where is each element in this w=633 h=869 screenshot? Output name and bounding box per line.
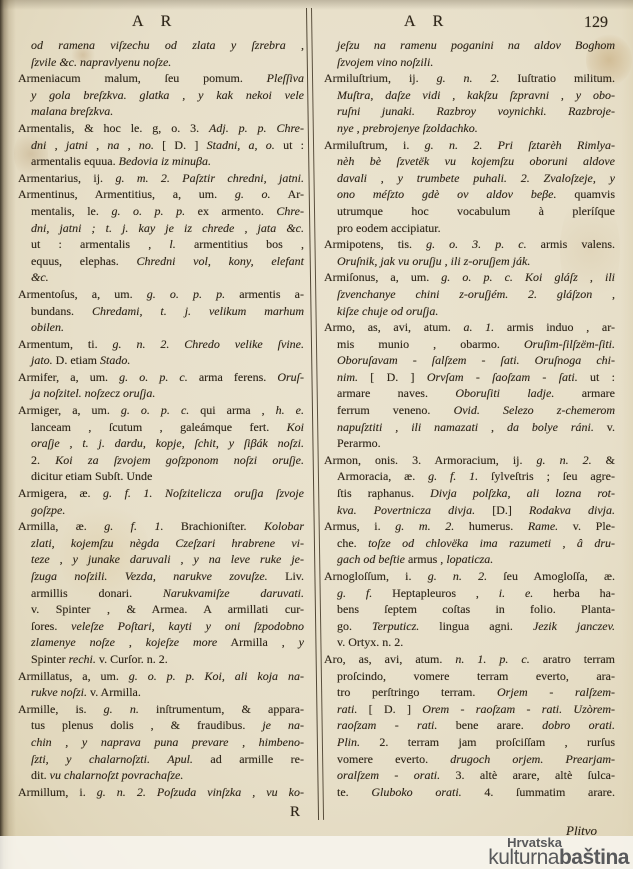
text-line: pro eodem accipiatur. [324,220,615,237]
watermark-line2-regular: kulturna [488,846,559,869]
dictionary-entry: Arnogloſſum, i. g. n. 2. ſeu Amogloſſa, … [324,568,615,651]
text-line: tro perſtringo terram. Orjem - ralſzem- [324,684,615,701]
text-line: dni , jatni , na , no. [ D. ] Stadni, a,… [18,137,304,154]
text-line: armare naves. Oboruſiti ladje. armare [324,385,615,402]
text-line: jeſzu na ramenu poganini na aldov Boghom [324,37,615,54]
dictionary-entry: Armentinus, Armentitius, a, um. g. o. Ar… [18,186,304,286]
dictionary-entry: Armentarius, ij. g. m. 2. Paſztir chredn… [18,170,304,187]
text-line: Spinter rechi. v. Curſor. n. 2. [18,651,304,668]
column-divider-rule [306,8,324,820]
text-line: armentalis equua. Bedovia iz minuβa. [18,153,304,170]
watermark-logo: Hrvatska kulturnabaština [488,836,629,868]
text-line: teze , y junake daruvali , y na leve ruk… [18,551,304,568]
text-line: utrumque hoc vocabulum à pleríſque [324,203,615,220]
text-line: raoſzam - rati. bene arare. dobro orati. [324,717,615,734]
text-line: Muſtra, daſze vidi , kakſzu ſzpravni , y… [324,87,615,104]
dictionary-entry: Armiger, a, um. g. o. p. c. qui arma , h… [18,402,304,485]
page-number: 129 [584,14,608,32]
text-line: ferrum veneno. Ovid. Selezo z-chemerom [324,402,615,419]
text-line: equus, elephas. Chredni vol, kony, elefa… [18,253,304,270]
dictionary-entry: Aro, as, avi, atum. n. 1. p. c. aratro t… [324,651,615,800]
text-line: Armus, i. g. m. 2. humerus. Rame. v. Ple… [324,518,615,535]
text-line: dit. vu chalarnoſzt povrachaſze. [18,767,304,784]
text-line: vomere everto. drugoch orjem. Prearjam- [324,751,615,768]
dictionary-entry: Armilla, æ. g. f. 1. Brachioniſter. Kolo… [18,518,304,667]
text-line: Armifer, a, um. g. o. p. c. arma ferens.… [18,369,304,386]
dictionary-entry: Armus, i. g. m. 2. humerus. Rame. v. Ple… [324,518,615,568]
text-line: nim. [ D. ] Orvſam - ſaoſzam - ſati. ut … [324,369,615,386]
text-line: Armentoſus, a, um. g. o. p. p. armentis … [18,286,304,303]
dictionary-entry: Armentoſus, a, um. g. o. p. p. armentis … [18,286,304,336]
text-line: kiſze chuje od oruſja. [324,303,615,320]
text-line: v. Spinter , & Armea. A armillati cur- [18,601,304,618]
text-line: ſzvojem vino noſzili. [324,54,615,71]
text-line: obilen. [18,319,304,336]
text-line: Armeniacum malum, ſeu pomum. Pleſſiva [18,70,304,87]
dictionary-entry: Armiluſtrium, ij. g. n. 2. Iuſtratio mil… [324,70,615,136]
text-line: rukve noſzi. v. Armilla. [18,684,304,701]
dictionary-entry: Armigera, æ. g. f. 1. Noſzitelicza oruſj… [18,485,304,518]
dictionary-entry: Armillum, i. g. n. 2. Poſzuda vinſzka , … [18,784,304,801]
text-line: &c. [18,269,304,286]
text-line: ſzuga noſzili. Vezda, narukve zovuſze. L… [18,568,304,585]
text-line: ono méſzto gdè ov aldov beβe. quamvis [324,186,615,203]
left-column: od ramena viſzechu od zlata y ſzrebra ,ſ… [18,37,304,800]
text-line: davali , y trumbete puhali. 2. Zvaloſzej… [324,170,615,187]
text-line: Armoracia, æ. g. f. 1. ſylveſtris ; ſeu … [324,468,615,485]
text-line: Perarmo. [324,435,615,452]
dictionary-entry: Armipotens, tis. g. o. 3. p. c. armis va… [324,236,615,269]
text-line: jato. D. etiam Stado. [18,352,304,369]
text-line: dicitur etiam Subſt. Unde [18,468,304,485]
dictionary-entry: Armiluſtrum, i. g. n. 2. Pri ſztarèh Rim… [324,137,615,237]
dictionary-entry: Armentum, ti. g. n. 2. Chredo velike ſvi… [18,336,304,369]
text-line: zlamenye noſze , kojeſze more Armilla , … [18,634,304,651]
text-line: Armentum, ti. g. n. 2. Chredo velike ſvi… [18,336,304,353]
text-line: ſzvenchanye chini z-oruſjém. 2. gláſzon … [324,286,615,303]
text-line: te. Gluboko orati. 4. ſummatim arare. [324,784,615,801]
text-line: zlati, kojemſzu nègda Czeſzari hrabrene … [18,535,304,552]
text-line: Armiger, a, um. g. o. p. c. qui arma , h… [18,402,304,419]
text-line: 2. Koi za ſzvojem goſzponom noſzi oruſje… [18,452,304,469]
text-line: ſtis raphanus. Divja polſzka, ali lozna … [324,485,615,502]
text-line: od ramena viſzechu od zlata y ſzrebra , [18,37,304,54]
text-line: Arnogloſſum, i. g. n. 2. ſeu Amogloſſa, … [324,568,615,585]
text-line: y gola breſzkva. glatka , y kak nekoi ve… [18,87,304,104]
text-line: mentalis, le. g. o. p. p. ex armento. Ch… [18,203,304,220]
text-line: gach od beſtie armus , lopaticza. [324,551,615,568]
text-line: ſzti, y chalarnoſzti. Apul. ad armille r… [18,751,304,768]
text-line: tus plenus dolis , & fraudibus. je na- [18,717,304,734]
text-line: Armiſonus, a, um. g. o. p. c. Koi gláſz … [324,269,615,286]
right-column: jeſzu na ramenu poganini na aldov Boghom… [324,37,615,800]
text-line: napuſztiti , ili namazati , da bolye rán… [324,419,615,436]
text-line: Oboruſavam - ſalſzem - ſati. Oruſnoga ch… [324,352,615,369]
dictionary-entry: jeſzu na ramenu poganini na aldov Boghom… [324,37,615,70]
dictionary-entry: Armon, onis. 3. Armoracium, ij. g. n. 2.… [324,452,615,518]
dictionary-entry: Armeniacum malum, ſeu pomum. Pleſſivay g… [18,70,304,120]
text-line: dni, jatni ; t. j. kay je iz chrede , ja… [18,220,304,237]
page: A R A R 129 od ramena viſzechu od zlata … [0,0,633,869]
text-line: Armiluſtrium, ij. g. n. 2. Iuſtratio mil… [324,70,615,87]
signature-mark: R [290,804,300,821]
text-line: Plin. 2. terram jam proſciſſam , rurſus [324,734,615,751]
text-line: Armillum, i. g. n. 2. Poſzuda vinſzka , … [18,784,304,801]
text-line: kva. Povertnicza divja. [D.] Rodakva div… [324,502,615,519]
text-line: Armentinus, Armentitius, a, um. g. o. Ar… [18,186,304,203]
text-line: armillis donari. Narukvamiſze daruvati. [18,585,304,602]
text-line: ſores. veleſze Poſtari, kayti y oni ſzpo… [18,618,304,635]
running-head-left: A R [132,13,178,31]
text-line: rati. [ D. ] Orem - raoſzam - rati. Uzòr… [324,701,615,718]
text-line: Oruſnik, jak vu oruſju , ili z-oruſjem j… [324,253,615,270]
text-line: Armo, as, avi, atum. a. 1. armis induo ,… [324,319,615,336]
dictionary-entry: Armille, is. g. n. inſtrumentum, & appar… [18,701,304,784]
text-line: oraſje , t. j. dardu, kopje, ſchit, y ſi… [18,435,304,452]
text-line: oralſzem - orati. 3. altè arare, altè ſu… [324,767,615,784]
text-line: ut : armentalis , l. armentitius bos , [18,236,304,253]
text-line: chin , y naprava puna prevare , himbeno- [18,734,304,751]
watermark-strip: Hrvatska kulturnabaština [0,836,633,869]
text-line: Armillatus, a, um. g. o. p. p. Koi, ali … [18,668,304,685]
dictionary-entry: Armiſonus, a, um. g. o. p. c. Koi gláſz … [324,269,615,319]
text-line: ja noſzitel. noſzecz oruſja. [18,385,304,402]
text-line: mis munio , obarmo. Oruſim-ſilſzëm-ſiti. [324,336,615,353]
dictionary-entry: Armifer, a, um. g. o. p. c. arma ferens.… [18,369,304,402]
text-line: nye , prebrojenye ſzoldachko. [324,120,615,137]
text-line: go. Terputicz. lingua agni. Jezik jancze… [324,618,615,635]
text-line: v. Ortyx. n. 2. [324,634,615,651]
text-line: Armigera, æ. g. f. 1. Noſzitelicza oruſj… [18,485,304,502]
running-head-right: A R [404,13,450,31]
text-line: bens ſeptem coſtas in folio. Planta- [324,601,615,618]
text-line: Armille, is. g. n. inſtrumentum, & appar… [18,701,304,718]
dictionary-entry: Armillatus, a, um. g. o. p. p. Koi, ali … [18,668,304,701]
text-line: Armilla, æ. g. f. 1. Brachioniſter. Kolo… [18,518,304,535]
text-line: ruſni junaki. Razbroy voynichki. Razbroj… [324,103,615,120]
text-line: Armipotens, tis. g. o. 3. p. c. armis va… [324,236,615,253]
dictionary-entry: od ramena viſzechu od zlata y ſzrebra ,ſ… [18,37,304,70]
watermark-line2-bold: baština [559,846,629,869]
text-line: Aro, as, avi, atum. n. 1. p. c. aratro t… [324,651,615,668]
dictionary-entry: Armo, as, avi, atum. a. 1. armis induo ,… [324,319,615,452]
text-line: bundans. Chredami, t. j. velikum marhum [18,303,304,320]
text-line: g. f. Heptapleuros , i. e. herba ha- [324,585,615,602]
text-line: malana breſzkva. [18,103,304,120]
text-line: Armentarius, ij. g. m. 2. Paſztir chredn… [18,170,304,187]
text-line: goſzpe. [18,502,304,519]
dictionary-entry: Armentalis, & hoc le. g, o. 3. Adj. p. p… [18,120,304,170]
text-line: proſcindo, vomere terram everto, ara- [324,668,615,685]
text-line: Armentalis, & hoc le. g, o. 3. Adj. p. p… [18,120,304,137]
text-line: Armon, onis. 3. Armoracium, ij. g. n. 2.… [324,452,615,469]
text-line: lanceam , ſcutum , galeámque fert. Koi [18,419,304,436]
watermark-line2: kulturnabaština [488,847,629,868]
text-line: ſzvile &c. napravlyenu noſze. [18,54,304,71]
text-line: Armiluſtrum, i. g. n. 2. Pri ſztarèh Rim… [324,137,615,154]
text-line: nèh bè ſzvetëk vu kojemſzu oboruni aldov… [324,153,615,170]
text-line: che. toſze od chlovëka ima razumeti , â … [324,535,615,552]
